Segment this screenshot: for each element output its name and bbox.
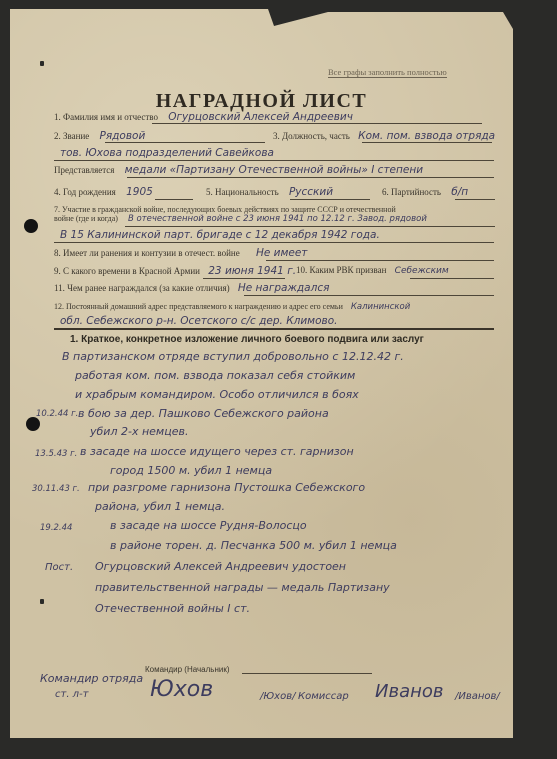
commander-rank: ст. л-т [55, 689, 89, 700]
commander-title: Командир отряда [40, 672, 143, 685]
pin-hole [40, 61, 44, 66]
narrative-line: убил 2-х немцев. [90, 425, 188, 438]
punch-hole [26, 417, 40, 431]
commissar-name: /Иванов/ [455, 691, 500, 702]
narrative-line: Отечественной войны I ст. [95, 602, 250, 615]
narrative-line: и храбрым командиром. Особо отличился в … [75, 388, 359, 401]
field-presented-for-value: медали «Партизану Отечественной войны» I… [125, 164, 423, 176]
narrative-line: в засаде на шоссе Рудня-Волосцо [110, 519, 307, 532]
narrative-line: Огурцовский Алексей Андреевич удостоен [95, 560, 346, 573]
narrative-date: Пост. [45, 562, 73, 573]
field-name-value: Огурцовский Алексей Андреевич [168, 111, 353, 123]
commissar-signature: Иванов [375, 681, 444, 702]
field-war-participation-cont: В 15 Калининской парт. бригаде с 12 дека… [60, 229, 513, 241]
field-wounds: 8. Имеет ли ранения и контузии в отечест… [54, 247, 513, 259]
narrative-date: 30.11.43 г. [32, 484, 80, 494]
narrative-date: 19.2.44 [40, 523, 72, 533]
narrative-line: при разгроме гарнизона Пустошка Себежско… [88, 481, 365, 494]
pin-hole [40, 599, 44, 604]
narrative-line: в районе торен. д. Песчанка 500 м. убил … [110, 539, 397, 552]
fill-all-fields-note: Все графы заполнить полностью [328, 67, 447, 78]
commissar-title: Комиссар [298, 691, 349, 702]
narrative-line: город 1500 м. убил 1 немца [110, 464, 272, 477]
field-rank-value: Рядовой [100, 130, 146, 142]
field-presented-for: Представляется медали «Партизану Отечест… [54, 164, 513, 176]
page-title: НАГРАДНОЙ ЛИСТ [10, 90, 513, 113]
punch-hole [24, 219, 38, 233]
field-previous-awards: 11. Чем ранее награждался (за какие отли… [54, 282, 513, 294]
narrative-line: в бою за дер. Пашково Себежского района [78, 407, 329, 420]
field-party: 6. Партийность б/п [382, 186, 513, 198]
field-position: 3. Должность, часть Ком. пом. взвода отр… [273, 130, 513, 142]
field-name: 1. Фамилия имя и отчество Огурцовский Ал… [54, 111, 513, 123]
field-position-cont: тов. Юхова подразделений Савейкова [60, 147, 513, 159]
narrative-line: района, убил 1 немца. [95, 500, 225, 513]
field-draft-office: 10. Каким РВК призван Себежским [296, 265, 513, 276]
narrative-line: правительственной награды — медаль Парти… [95, 581, 390, 594]
narrative-line: в засаде на шоссе идущего через ст. гарн… [80, 445, 354, 458]
field-home-address: 12. Постоянный домашний адрес представля… [54, 302, 513, 312]
field-war-participation-2: войне (где и когда) В отечественной войн… [54, 214, 513, 224]
commander-signature: Юхов [150, 677, 213, 702]
narrative-line: работая ком. пом. взвода показал себя ст… [75, 369, 355, 382]
section-heading: 1. Краткое, конкретное изложение личного… [70, 334, 424, 345]
narrative-line: В партизанском отряде вступил добровольн… [62, 350, 404, 363]
award-sheet: Все графы заполнить полностью НАГРАДНОЙ … [10, 9, 513, 738]
field-war-participation: 7. Участие в гражданской войне, последую… [54, 205, 513, 214]
narrative-date: 13.5.43 г. [35, 449, 77, 459]
narrative-date: 10.2.44 г. [36, 409, 78, 419]
field-home-address-cont: обл. Себежского р-н. Осетского с/с дер. … [60, 315, 513, 327]
field-position-value: Ком. пом. взвода отряда [358, 130, 495, 142]
commander-name: /Юхов/ [260, 691, 295, 702]
